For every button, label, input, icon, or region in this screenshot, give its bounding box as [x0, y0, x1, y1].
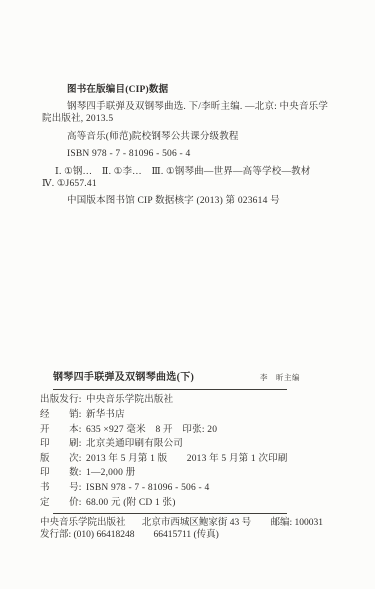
cip-classification: Ⅰ. ①钢… Ⅱ. ①李… Ⅲ. ①钢琴曲—世界—高等学校—教材 Ⅳ. ①J65… — [42, 166, 342, 191]
imprint-label: 印 刷: — [40, 438, 86, 450]
cip-registry-number: 中国版本图书馆 CIP 数据核字 (2013) 第 023614 号 — [42, 195, 342, 208]
title-row: 钢琴四手联弹及双钢琴曲选(下) 李 昕主编 — [53, 372, 300, 384]
publisher-contact-line: 中央音乐学院出版社 北京市西城区鲍家街 43 号 邮编: 100031 — [40, 517, 300, 529]
imprint-value: 635 ×927 毫米 8 开 印张: 20 — [86, 424, 217, 436]
imprint-row-edition: 版 次: 2013 年 5 月第 1 版 2013 年 5 月第 1 次印刷 — [40, 453, 300, 465]
imprint-row-printer: 印 刷: 北京美通印刷有限公司 — [40, 438, 300, 450]
editor-name: 李 昕主编 — [260, 372, 300, 384]
distribution-phone-line: 发行部: (010) 66418248 66415711 (传真) — [40, 529, 300, 541]
imprint-label: 印 数: — [40, 467, 86, 479]
imprint-row-print-run: 印 数: 1—2,000 册 — [40, 467, 300, 479]
imprint-row-format: 开 本: 635 ×927 毫米 8 开 印张: 20 — [40, 424, 300, 436]
cip-record-line1: 钢琴四手联弹及双钢琴曲选. 下/李昕主编. —北京: 中央音乐学 — [42, 101, 342, 114]
imprint-label: 出版发行: — [40, 394, 86, 406]
publisher-postcode: 邮编: 100031 — [271, 518, 324, 528]
classification-line2: Ⅳ. ①J657.41 — [42, 178, 342, 191]
imprint-value: ISBN 978 - 7 - 81096 - 506 - 4 — [86, 482, 209, 494]
imprint-label: 版 次: — [40, 453, 86, 465]
publisher-name: 中央音乐学院出版社 — [40, 518, 126, 528]
series-note: 高等音乐(师范)院校钢琴公共课分级教程 — [42, 131, 342, 144]
imprint-row-price: 定 价: 68.00 元 (附 CD 1 张) — [40, 497, 300, 509]
divider-rule-bottom — [53, 513, 287, 514]
imprint-row-distributor: 经 销: 新华书店 — [40, 409, 300, 421]
imprint-value: 68.00 元 (附 CD 1 张) — [86, 497, 176, 509]
imprint-row-isbn: 书 号: ISBN 978 - 7 - 81096 - 506 - 4 — [40, 482, 300, 494]
publisher-address: 北京市西城区鲍家街 43 号 — [142, 518, 251, 528]
isbn-line: ISBN 978 - 7 - 81096 - 506 - 4 — [42, 148, 342, 161]
cip-data-block: 图书在版编目(CIP)数据 钢琴四手联弹及双钢琴曲选. 下/李昕主编. —北京:… — [42, 84, 342, 207]
imprint-label: 定 价: — [40, 497, 86, 509]
imprint-row-publisher: 出版发行: 中央音乐学院出版社 — [40, 394, 300, 406]
divider-rule-top — [53, 389, 287, 390]
imprint-value: 北京美通印刷有限公司 — [86, 438, 183, 450]
cip-record: 钢琴四手联弹及双钢琴曲选. 下/李昕主编. —北京: 中央音乐学 院出版社, 2… — [42, 101, 342, 126]
imprint-label: 开 本: — [40, 424, 86, 436]
imprint-value: 2013 年 5 月第 1 版 2013 年 5 月第 1 次印刷 — [86, 453, 288, 465]
cip-heading: 图书在版编目(CIP)数据 — [42, 84, 342, 97]
book-title: 钢琴四手联弹及双钢琴曲选(下) — [53, 372, 194, 384]
classification-line1: Ⅰ. ①钢… Ⅱ. ①李… Ⅲ. ①钢琴曲—世界—高等学校—教材 — [42, 166, 342, 179]
imprint-label: 经 销: — [40, 409, 86, 421]
imprint-block: 钢琴四手联弹及双钢琴曲选(下) 李 昕主编 出版发行: 中央音乐学院出版社 经 … — [40, 372, 300, 542]
imprint-label: 书 号: — [40, 482, 86, 494]
imprint-value: 新华书店 — [86, 409, 125, 421]
cip-record-line2: 院出版社, 2013.5 — [42, 113, 342, 126]
book-copyright-page: 图书在版编目(CIP)数据 钢琴四手联弹及双钢琴曲选. 下/李昕主编. —北京:… — [0, 0, 375, 589]
imprint-value: 1—2,000 册 — [86, 467, 135, 479]
imprint-value: 中央音乐学院出版社 — [86, 394, 173, 406]
